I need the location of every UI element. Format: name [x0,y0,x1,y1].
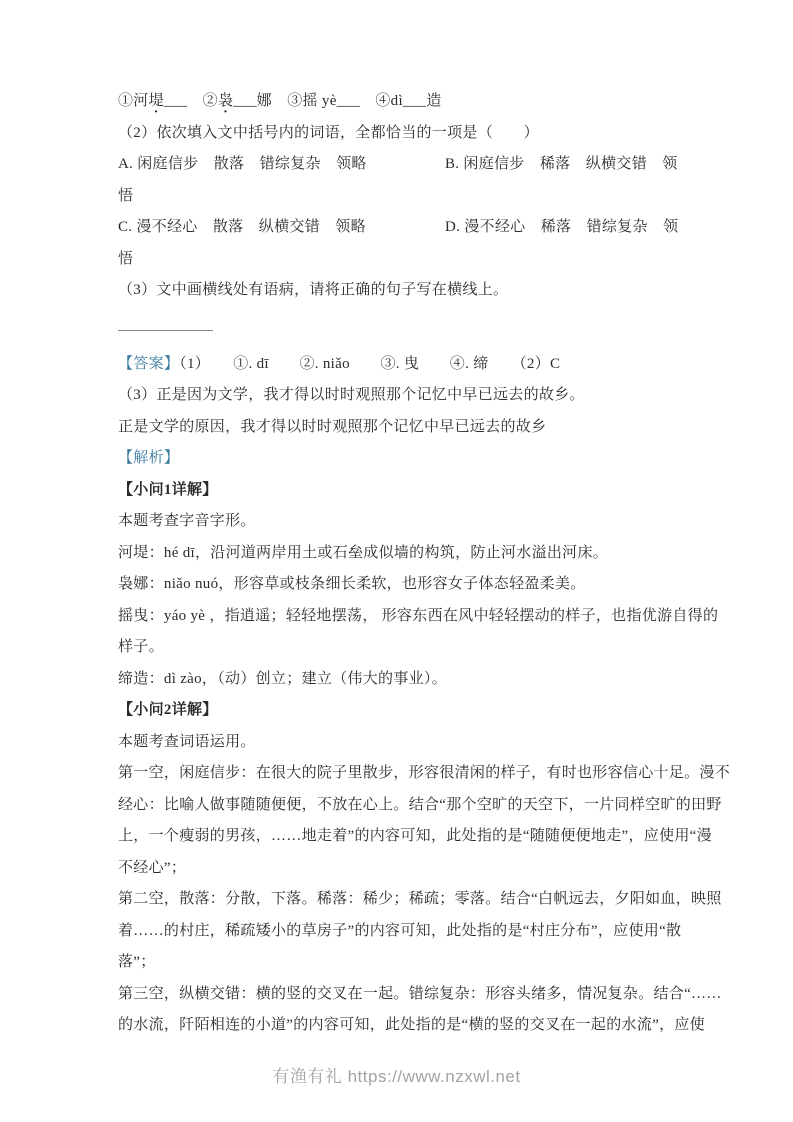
option-b: B. 闲庭信步 稀落 纵横交错 领 [445,149,678,181]
pinyin-question-line: ①河堤___ ②袅___娜 ③摇 yè___ ④dì___造 [118,86,693,118]
sub1-line-5: 缔造：dì zào，（动）创立；建立（伟大的事业）。 [118,664,693,696]
option-a: A. 闲庭信步 散落 错综复杂 领略 [118,156,367,172]
sub2-line-1: 第一空，闲庭信步：在很大的院子里散步，形容很清闲的样子，有时也形容信心十足。漫不 [118,758,693,790]
sub1-heading: 【小问1详解】 [118,475,693,507]
pinyin-items-rest: ___娜 ③摇 yè___ ④dì___造 [233,93,441,109]
document-content: ①河堤___ ②袅___娜 ③摇 yè___ ④dì___造 （2）依次填入文中… [118,86,693,1042]
option-b-wrap: 悟 [118,181,693,213]
sub2-line-0: 本题考查词语运用。 [118,727,693,759]
analysis-label: 【解析】 [118,443,693,475]
sub2-heading: 【小问2详解】 [118,695,693,727]
sub1-line-3: 摇曳：yáo yè ，指逍遥；轻轻地摆荡， 形容东西在风中轻轻摆动的样子，也指优… [118,601,693,633]
document-page: ①河堤___ ②袅___娜 ③摇 yè___ ④dì___造 （2）依次填入文中… [0,0,793,1122]
q2-prompt: （2）依次填入文中括号内的词语，全都恰当的一项是（ ） [118,118,693,150]
option-d: D. 漫不经心 稀落 错综复杂 领 [445,212,678,244]
option-d-wrap: 悟 [118,244,693,276]
answer-line: 【答案】（1） ①. dī ②. niǎo ③. 曳 ④. 缔 （2）C [118,349,693,381]
emphasis-char-di: 堤 [149,86,164,118]
pinyin-item-1-prefix: ①河 [118,93,149,109]
sub2-line-5: 第二空，散落：分散，下落。稀落：稀少；稀疏；零落。结合“白帆远去，夕阳如血，映照 [118,884,693,916]
sub2-line-3: 上，一个瘦弱的男孩，……地走着”的内容可知，此处指的是“随随便便地走”，应使用“… [118,821,693,853]
answer-q3-line: （3）正是因为文学，我才得以时时观照那个记忆中早已远去的故乡。 [118,380,693,412]
pinyin-blank-1: ___ ② [164,93,218,109]
sub1-line-1: 河堤：hé dī，沿河道两岸用土或石垒成似墙的构筑，防止河水溢出河床。 [118,538,693,570]
answer-blank-line [118,330,213,331]
sub1-line-0: 本题考查字音字形。 [118,506,693,538]
q3-prompt: （3）文中画横线处有语病，请将正确的句子写在横线上。 [118,275,693,307]
sub2-line-2: 经心：比喻人做事随随便便，不放在心上。结合“那个空旷的天空下，一片同样空旷的田野 [118,790,693,822]
answer-part1: （1） ①. dī ②. niǎo ③. 曳 ④. 缔 （2）C [179,356,560,372]
sub2-line-8: 第三空，纵横交错：横的竖的交叉在一起。错综复杂：形容头绪多，情况复杂。结合“…… [118,979,693,1011]
sub2-line-7: 落”； [118,947,693,979]
answer-blank-row [118,307,693,349]
options-row-ab: A. 闲庭信步 散落 错综复杂 领略B. 闲庭信步 稀落 纵横交错 领 [118,149,693,181]
answer-label: 【答案】 [118,356,179,372]
answer-q3-corrected-line: 正是文学的原因，我才得以时时观照那个记忆中早已远去的故乡 [118,412,693,444]
option-c: C. 漫不经心 散落 纵横交错 领略 [118,219,366,235]
sub1-line-2: 袅娜：niǎo nuó，形容草或枝条细长柔软，也形容女子体态轻盈柔美。 [118,569,693,601]
emphasis-char-niao: 袅 [218,86,233,118]
sub2-line-4: 不经心”； [118,853,693,885]
sub1-line-4: 样子。 [118,632,693,664]
watermark-footer: 有渔有礼 https://www.nzxwl.net [0,1062,793,1087]
sub2-line-9: 的水流，阡陌相连的小道”的内容可知，此处指的是“横的竖的交叉在一起的水流”，应使 [118,1010,693,1042]
options-row-cd: C. 漫不经心 散落 纵横交错 领略D. 漫不经心 稀落 错综复杂 领 [118,212,693,244]
sub2-line-6: 着……的村庄，稀疏矮小的草房子”的内容可知，此处指的是“村庄分布”，应使用“散 [118,916,693,948]
